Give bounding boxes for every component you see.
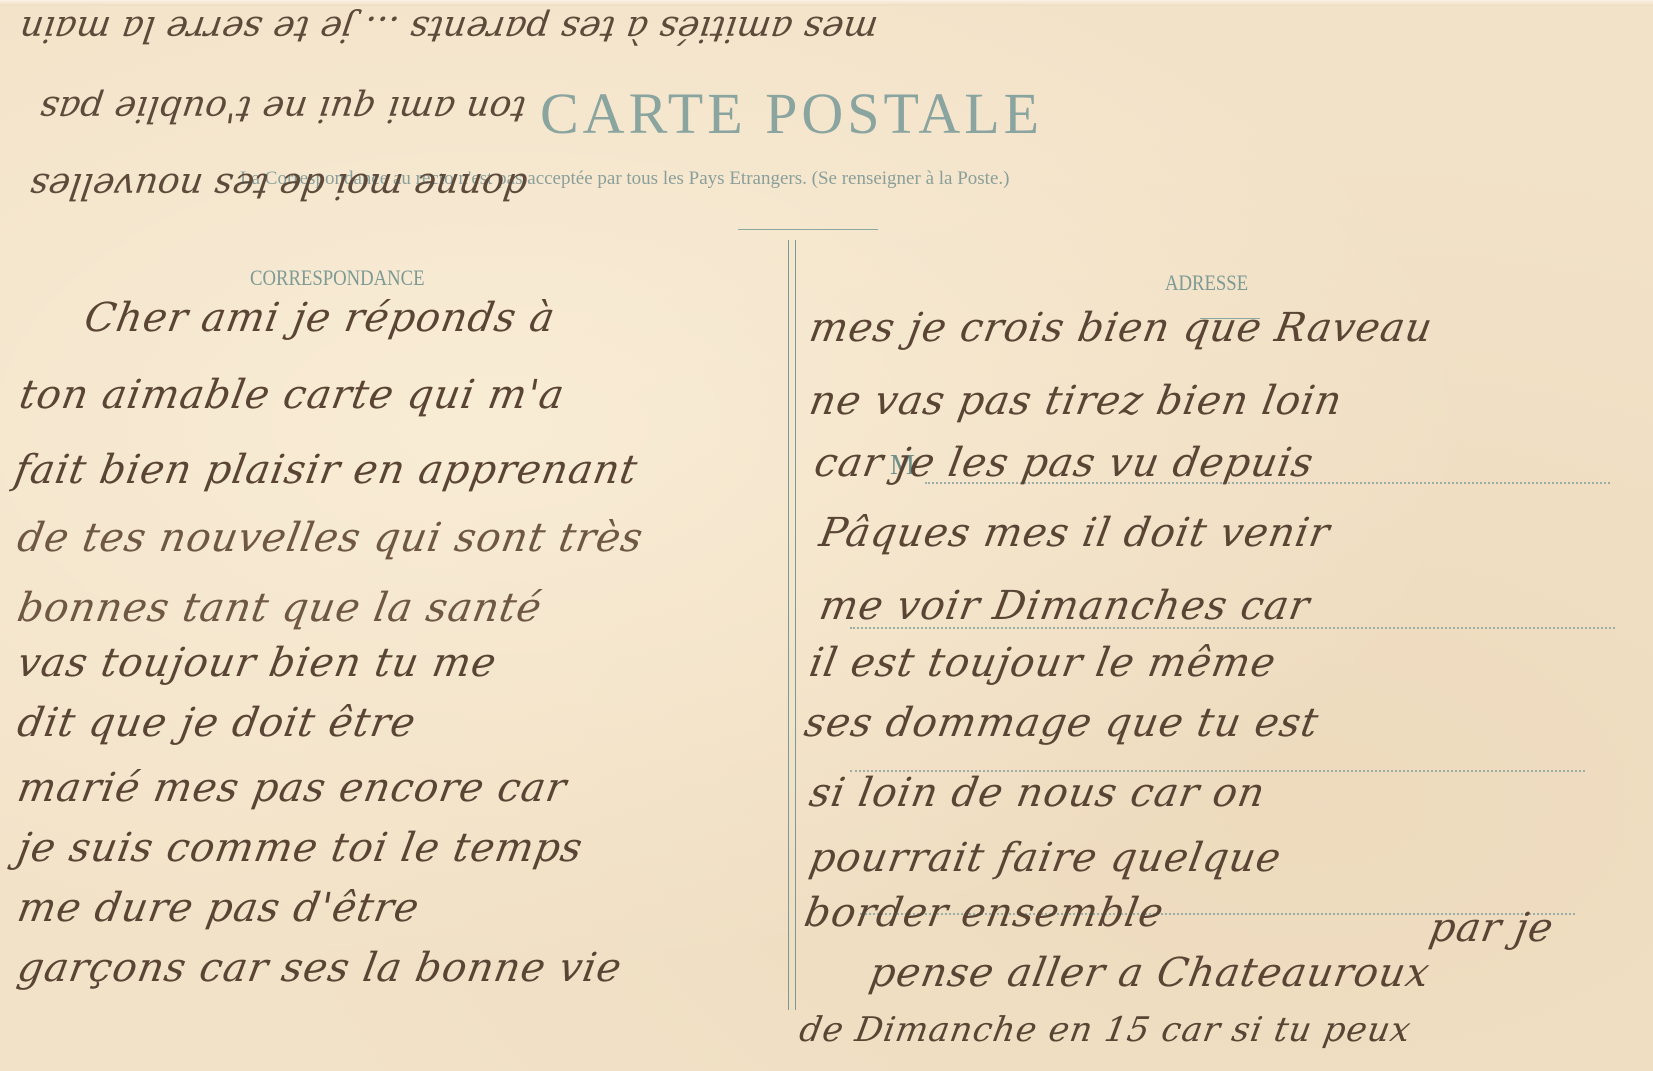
card-edge	[0, 0, 1653, 6]
divider-line	[788, 240, 789, 1010]
divider-line	[795, 240, 796, 1010]
handwriting-line: pourrait faire quelque	[806, 835, 1285, 881]
handwriting-line: si loin de nous car on	[806, 770, 1269, 816]
handwriting-line: fait bien plaisir en apprenant	[11, 447, 642, 493]
correspondance-header: CORRESPONDANCE	[250, 265, 425, 291]
handwriting-line: Cher ami je réponds à	[81, 295, 559, 341]
postcard-title: CARTE POSTALE	[540, 80, 1043, 147]
handwriting-line: border ensemble	[801, 890, 1168, 936]
handwriting-line: ses dommage que tu est	[801, 700, 1323, 746]
handwriting-line: me dure pas d'être	[14, 885, 423, 931]
postcard-back: CARTE POSTALE La Correspondance au recto…	[0, 0, 1653, 1071]
handwriting-line: car je les pas vu depuis	[811, 440, 1317, 486]
handwriting-upside-down: donne moi de tes nouvelles	[27, 165, 529, 206]
header-rule	[738, 229, 878, 230]
handwriting-line: ne vas pas tirez bien loin	[806, 378, 1346, 424]
adresse-header: ADRESSE	[1165, 270, 1248, 296]
handwriting-line: dit que je doit être	[14, 700, 420, 746]
handwriting-line: ton aimable carte qui m'a	[16, 372, 568, 418]
handwriting-line: me voir Dimanches car	[816, 583, 1314, 629]
handwriting-line: par je	[1426, 905, 1557, 951]
handwriting-line: de Dimanche en 15 car si tu peux	[796, 1010, 1414, 1050]
handwriting-line: Pâques mes il doit venir	[816, 510, 1334, 556]
handwriting-line: mes je crois bien que Raveau	[806, 305, 1436, 351]
handwriting-line: pense aller a Chateauroux	[866, 950, 1434, 996]
handwriting-line: de tes nouvelles qui sont très	[14, 515, 647, 561]
handwriting-line: garçons car ses la bonne vie	[14, 945, 626, 991]
handwriting-upside-down: mes amitiés à tes parents ... je te serr…	[17, 8, 880, 49]
handwriting-line: vas toujour bien tu me	[14, 640, 501, 686]
handwriting-line: il est toujour le même	[806, 640, 1280, 686]
handwriting-upside-down: ton ami qui ne t'oublie pas	[37, 88, 528, 129]
handwriting-line: je suis comme toi le temps	[14, 825, 587, 871]
handwriting-line: bonnes tant que la santé	[14, 585, 546, 631]
handwriting-line: marié mes pas encore car	[14, 765, 571, 811]
